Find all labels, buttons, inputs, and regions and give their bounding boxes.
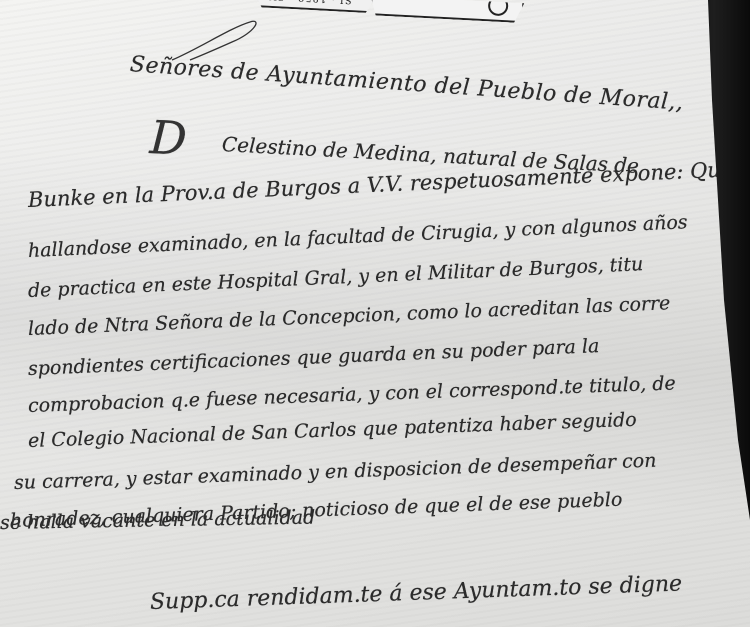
text-line: hallandose examinado, en la facultad de … [28, 211, 689, 262]
text-line: Bunke en la Prov.a de Burgos a V.V. resp… [27, 157, 733, 212]
text-line: su carrera, y estar examinado y en dispo… [14, 450, 657, 494]
text-line: el Colegio Nacional de San Carlos que pa… [28, 409, 637, 452]
stamp-seal-icon [488, 0, 509, 16]
text-line: lado de Ntra Señora de la Concepcion, co… [28, 292, 671, 340]
manuscript-page: SI · 1859 · SV Señores de Ayuntamiento d… [0, 0, 750, 627]
salutation: Señores de Ayuntamiento del Pueblo de Mo… [129, 52, 684, 116]
revenue-stamp: SI · 1859 · SV [252, 0, 523, 23]
stamp-year-band: SI · 1859 · SV [252, 0, 377, 13]
text-line: de practica en este Hospital Gral, y en … [28, 253, 644, 302]
text-line: se halla vacante en la actualidad [0, 506, 315, 533]
text-line: spondientes certificaciones que guarda e… [28, 335, 600, 380]
stamp-text: SI · 1859 · SV [268, 0, 352, 5]
decorative-initial: D [149, 110, 189, 166]
stamp-ornament-band [369, 0, 524, 23]
closing-line: Supp.ca rendidam.te á ese Ayuntam.to se … [150, 571, 683, 615]
document-photo: SI · 1859 · SV Señores de Ayuntamiento d… [0, 0, 750, 627]
